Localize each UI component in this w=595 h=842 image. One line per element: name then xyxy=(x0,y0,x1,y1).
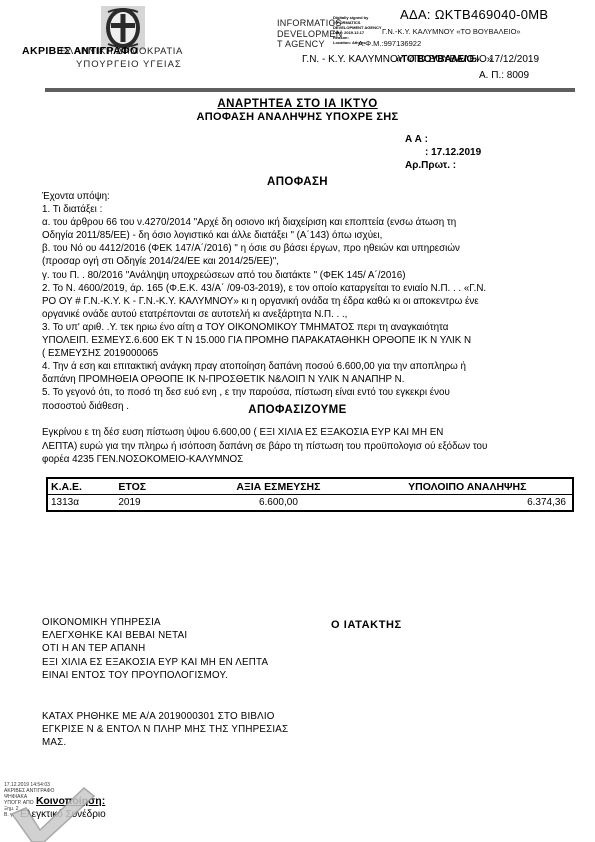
table-row: 1313α 2019 6.600,00 6.374,36 xyxy=(47,495,573,512)
meta-block: Α Α : : 17.12.2019 Αρ.Πρωτ. : xyxy=(405,133,481,172)
document-page: ΕΛΛΗΝΙΚΗ ΔΗΜΟΚΡΑΤΙΑ ΑΚΡΙΒΕΣ ΑΝΤΙΓΡΑΦΟ ΥΠ… xyxy=(0,0,595,842)
meta-ada-line: Α Α : xyxy=(405,133,481,146)
certified-copy-stamp-text: ΑΚΡΙΒΕΣ ΑΝΤΙΓΡΑΦΟ xyxy=(22,45,138,57)
column-header-commit-value: ΑΞΙΑ ΕΣΜΕΥΣΗΣ xyxy=(194,478,362,495)
hospital-name-overprint: «ΤΟ ΒΟΥΒΑΛΕΙΟ» xyxy=(396,54,479,65)
table-header-row: Κ.Α.Ε. ΕΤΟΣ ΑΞΙΑ ΕΣΜΕΥΣΗΣ ΥΠΟΛΟΙΠΟ ΑΝΑΛΗ… xyxy=(47,478,573,495)
resolve-body: Εγκρίνου ε τη δέσ ευση πίστωση ύψου 6.60… xyxy=(42,426,588,467)
cell-year: 2019 xyxy=(115,495,194,512)
protocol-number: Α. Π.: 8009 xyxy=(479,70,529,81)
column-header-remaining: ΥΠΟΛΟΙΠΟ ΑΝΑΛΗΨΗΣ xyxy=(363,478,573,495)
decision-heading: ΑΠΟΦΑΣΗ xyxy=(0,176,595,188)
hellenic-coat-of-arms-logo xyxy=(98,6,148,50)
header-separator-bar xyxy=(45,88,575,92)
decision-body: Έχοντα υπόψη: 1. Τι διατάξει : α. του άρ… xyxy=(42,190,588,413)
register-entry-block: ΚΑΤΑΧ ΡΗΘΗΚΕ ΜΕ Α/Α 2019000301 ΣΤΟ ΒΙΒΛΙ… xyxy=(42,710,288,750)
tax-id: Α.Φ.Μ.:997136922 xyxy=(358,39,421,48)
column-header-kae: Κ.Α.Ε. xyxy=(47,478,115,495)
resolve-heading: ΑΠΟΦΑΣΙΖΟΥΜΕ xyxy=(0,404,595,416)
commitment-table: Κ.Α.Ε. ΕΤΟΣ ΑΞΙΑ ΕΣΜΕΥΣΗΣ ΥΠΟΛΟΙΠΟ ΑΝΑΛΗ… xyxy=(46,477,574,512)
cell-kae: 1313α xyxy=(47,495,115,512)
cell-commit-value: 6.600,00 xyxy=(194,495,362,512)
meta-protocol-line: Αρ.Πρωτ. : xyxy=(405,159,481,172)
ada-code: ΑΔΑ: ΩΚΤΒ469040-0ΜΒ xyxy=(400,7,548,22)
web-posting-title: ΑΝΑΡΤΗΤΕΑ ΣΤΟ ΙΑ ΙΚΤΥΟ xyxy=(0,98,595,110)
hospital-name-small: Γ.Ν.-Κ.Υ. ΚΑΛΥΜΝΟΥ «ΤΟ ΒΟΥΒΑΛΕΙΟ» xyxy=(382,27,521,36)
checkmark-stamp-icon xyxy=(6,786,102,842)
finance-service-block: ΟΙΚΟΝΟΜΙΚΗ ΥΠΗΡΕΣΙΑ ΕΛΕΓΧΘΗΚΕ ΚΑΙ ΒΕΒΑΙ … xyxy=(42,616,268,682)
authorizer-title: Ο ΙΑΤΑΚΤΗΣ xyxy=(331,619,402,631)
document-date: 17/12/2019 xyxy=(489,54,539,65)
meta-date-line: : 17.12.2019 xyxy=(405,146,481,159)
cell-remaining: 6.374,36 xyxy=(363,495,573,512)
ministry-title: ΥΠΟΥΡΓΕΙΟ ΥΓΕΙΑΣ xyxy=(76,59,182,70)
column-header-year: ΕΤΟΣ xyxy=(115,478,194,495)
document-title: ΑΠΟΦΑΣΗ ΑΝΑΛΗΨΗΣ ΥΠΟΧΡΕ ΣΗΣ xyxy=(0,111,595,123)
